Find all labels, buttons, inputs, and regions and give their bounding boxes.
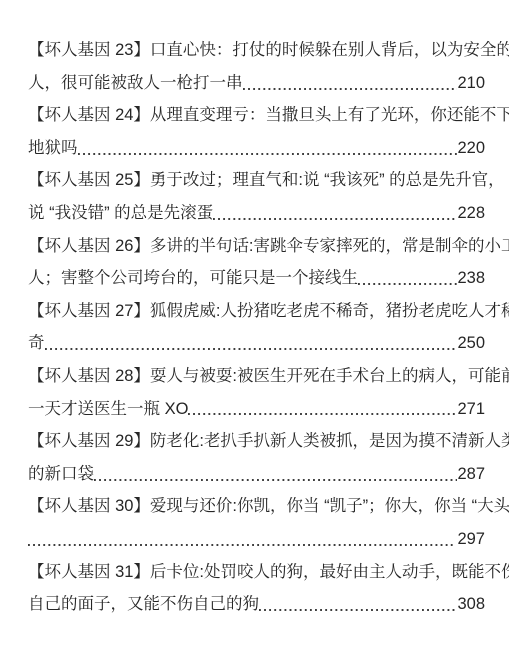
dot-leader [188,393,457,426]
table-of-contents: 【坏人基因 23】口直心快：打仗的时候躲在别人背后，以为安全的 人，很可能被敌人… [28,34,485,621]
toc-entry: 【坏人基因 23】口直心快：打仗的时候躲在别人背后，以为安全的 人，很可能被敌人… [28,34,485,99]
toc-entry-leader-line: 人，很可能被敌人一枪打一串 210 [28,67,485,100]
toc-entry-continuation-text: 自己的面子，又能不伤自己的狗 [28,588,259,621]
toc-entry-continuation-text: 人；害整个公司垮台的，可能只是一个接线生 [28,262,358,295]
page-number: 297 [453,523,485,556]
page-number: 250 [457,327,485,360]
toc-entry-leader-line: 人；害整个公司垮台的，可能只是一个接线生 238 [28,262,485,295]
toc-entry: 【坏人基因 26】多讲的半句话:害跳伞专家摔死的，常是制伞的小工 人；害整个公司… [28,230,485,295]
page-number: 271 [457,393,485,426]
toc-entry-title-line: 【坏人基因 30】爱现与还价:你凯，你当 “凯子”；你大，你当 “大头” [28,490,485,523]
toc-entry-leader-line: 地狱吗 220 [28,132,485,165]
toc-entry-leader-line: 说 “我没错” 的总是先滚蛋 228 [28,197,485,230]
toc-entry-continuation-text: 人，很可能被敌人一枪打一串 [28,67,243,100]
toc-entry-title-line: 【坏人基因 24】从理直变理亏：当撒旦头上有了光环，你还能不下 [28,99,485,132]
dot-leader [28,523,453,556]
toc-entry: 【坏人基因 25】勇于改过；理直气和:说 “我该死” 的总是先升官， 说 “我没… [28,164,485,229]
toc-entry-leader-line: 的新口袋 287 [28,458,485,491]
toc-entry-title-line: 【坏人基因 28】耍人与被耍:被医生开死在手术台上的病人，可能前 [28,360,485,393]
toc-entry: 【坏人基因 27】狐假虎威:人扮猪吃老虎不稀奇，猪扮老虎吃人才稀 奇 250 [28,295,485,360]
dot-leader [45,327,458,360]
toc-entry-continuation-text: 地狱吗 [28,132,78,165]
toc-entry-continuation-text: 的新口袋 [28,458,94,491]
toc-entry-title-line: 【坏人基因 26】多讲的半句话:害跳伞专家摔死的，常是制伞的小工 [28,230,485,263]
toc-entry-title-line: 【坏人基因 27】狐假虎威:人扮猪吃老虎不稀奇，猪扮老虎吃人才稀 [28,295,485,328]
toc-entry-title-line: 【坏人基因 31】后卡位:处罚咬人的狗，最好由主人动手，既能不伤 [28,556,485,589]
toc-entry: 【坏人基因 31】后卡位:处罚咬人的狗，最好由主人动手，既能不伤 自己的面子，又… [28,556,485,621]
dot-leader [213,197,457,230]
toc-entry-title-line: 【坏人基因 23】口直心快：打仗的时候躲在别人背后，以为安全的 [28,34,485,67]
toc-entry-leader-line: 297 [28,523,485,556]
dot-leader [94,458,457,491]
toc-entry-title-line: 【坏人基因 25】勇于改过；理直气和:说 “我该死” 的总是先升官， [28,164,485,197]
page-number: 228 [457,197,485,230]
toc-entry-leader-line: 自己的面子，又能不伤自己的狗 308 [28,588,485,621]
toc-entry-continuation-text: 说 “我没错” 的总是先滚蛋 [28,197,213,230]
page-number: 220 [457,132,485,165]
toc-entry-title-line: 【坏人基因 29】防老化:老扒手扒新人类被抓，是因为摸不清新人类 [28,425,485,458]
dot-leader [358,262,457,295]
page-number: 308 [457,588,485,621]
page-number: 238 [457,262,485,295]
toc-entry-leader-line: 一天才送医生一瓶 XO 271 [28,393,485,426]
dot-leader [243,67,458,100]
page-number: 210 [457,67,485,100]
dot-leader [78,132,458,165]
toc-entry-continuation-text: 奇 [28,327,45,360]
toc-entry: 【坏人基因 30】爱现与还价:你凯，你当 “凯子”；你大，你当 “大头” 297 [28,490,485,555]
dot-leader [259,588,457,621]
toc-entry: 【坏人基因 24】从理直变理亏：当撒旦头上有了光环，你还能不下 地狱吗 220 [28,99,485,164]
toc-entry-continuation-text: 一天才送医生一瓶 XO [28,393,188,426]
toc-entry-leader-line: 奇 250 [28,327,485,360]
toc-entry: 【坏人基因 29】防老化:老扒手扒新人类被抓，是因为摸不清新人类 的新口袋 28… [28,425,485,490]
toc-entry: 【坏人基因 28】耍人与被耍:被医生开死在手术台上的病人，可能前 一天才送医生一… [28,360,485,425]
page-number: 287 [457,458,485,491]
document-page: 【坏人基因 23】口直心快：打仗的时候躲在别人背后，以为安全的 人，很可能被敌人… [0,0,509,645]
